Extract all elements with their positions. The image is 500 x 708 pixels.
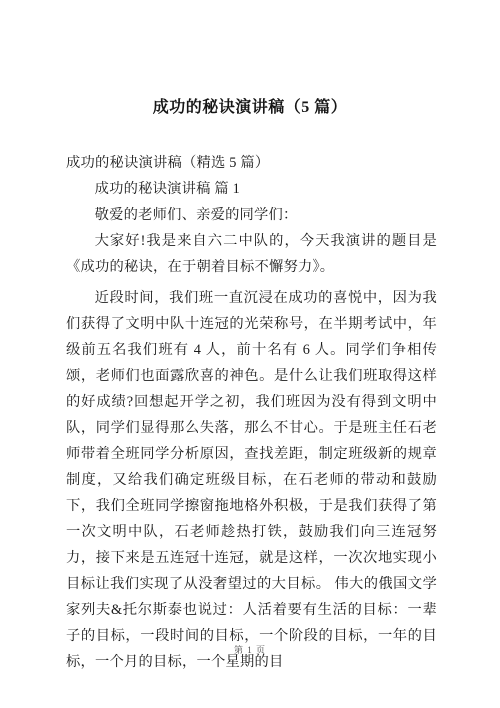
document-body: 成功的秘诀演讲稿（精选 5 篇） 成功的秘诀演讲稿 篇 1 敬爱的老师们、亲爱的…: [66, 150, 437, 675]
paragraph-subheading: 成功的秘诀演讲稿 篇 1: [66, 176, 437, 202]
paragraph-heading: 成功的秘诀演讲稿（精选 5 篇）: [66, 150, 437, 176]
paragraph-salutation: 敬爱的老师们、亲爱的同学们：: [66, 202, 437, 228]
document-page: 成功的秘诀演讲稿（5 篇） 成功的秘诀演讲稿（精选 5 篇） 成功的秘诀演讲稿 …: [0, 0, 500, 708]
paragraph-body: 近段时间，我们班一直沉浸在成功的喜悦中，因为我们获得了文明中队十连冠的光荣称号，…: [66, 285, 437, 675]
paragraph-intro: 大家好!我是来自六二中队的，今天我演讲的题目是《成功的秘诀，在于朝着目标不懈努力…: [66, 228, 437, 280]
page-number: 第 1 页: [0, 644, 500, 656]
document-title: 成功的秘诀演讲稿（5 篇）: [0, 0, 500, 120]
